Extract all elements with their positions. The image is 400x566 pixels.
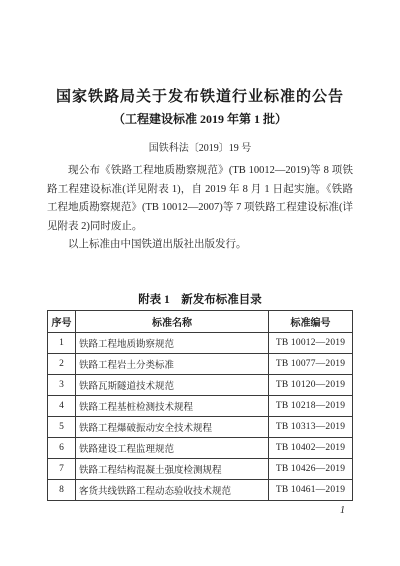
table-row: 1铁路工程地质勘察规范TB 10012—2019 (48, 333, 353, 354)
standards-table: 序号标准名称标准编号 1铁路工程地质勘察规范TB 10012—20192铁路工程… (47, 310, 353, 501)
row-index-cell: 6 (48, 438, 76, 459)
row-index-cell: 7 (48, 459, 76, 480)
standard-name-cell: 铁路工程基桩检测技术规程 (76, 396, 269, 417)
page-title: 国家铁路局关于发布铁道行业标准的公告 (0, 85, 400, 106)
table-header-row: 序号标准名称标准编号 (48, 311, 353, 333)
table-row: 7铁路工程结构混凝土强度检测规程TB 10426—2019 (48, 459, 353, 480)
table-row: 3铁路瓦斯隧道技术规范TB 10120—2019 (48, 375, 353, 396)
row-index-cell: 8 (48, 480, 76, 501)
table-row: 2铁路工程岩土分类标准TB 10077—2019 (48, 354, 353, 375)
standard-code-cell: TB 10313—2019 (269, 417, 353, 438)
standard-code-cell: TB 10077—2019 (269, 354, 353, 375)
table-row: 4铁路工程基桩检测技术规程TB 10218—2019 (48, 396, 353, 417)
standard-name-cell: 铁路瓦斯隧道技术规范 (76, 375, 269, 396)
body-paragraph-1: 现公布《铁路工程地质勘察规范》(TB 10012—2019)等 8 项铁路工程建… (47, 162, 353, 236)
table-row: 5铁路工程爆破振动安全技术规程TB 10313—2019 (48, 417, 353, 438)
body-text-block: 现公布《铁路工程地质勘察规范》(TB 10012—2019)等 8 项铁路工程建… (47, 162, 353, 255)
table-header-cell: 序号 (48, 311, 76, 333)
standard-name-cell: 铁路工程爆破振动安全技术规程 (76, 417, 269, 438)
table-header-cell: 标准名称 (76, 311, 269, 333)
standard-name-cell: 铁路建设工程监理规范 (76, 438, 269, 459)
standard-code-cell: TB 10402—2019 (269, 438, 353, 459)
row-index-cell: 4 (48, 396, 76, 417)
body-paragraph-2: 以上标准由中国铁道出版社出版发行。 (47, 236, 353, 255)
table-caption: 附表 1 新发布标准目录 (0, 291, 400, 307)
row-index-cell: 3 (48, 375, 76, 396)
standard-name-cell: 铁路工程地质勘察规范 (76, 333, 269, 354)
standard-code-cell: TB 10218—2019 (269, 396, 353, 417)
standard-code-cell: TB 10426—2019 (269, 459, 353, 480)
table-row: 8客货共线铁路工程动态验收技术规范TB 10461—2019 (48, 480, 353, 501)
page-subtitle: （工程建设标准 2019 年第 1 批） (0, 110, 400, 127)
standard-code-cell: TB 10120—2019 (269, 375, 353, 396)
row-index-cell: 5 (48, 417, 76, 438)
standard-code-cell: TB 10461—2019 (269, 480, 353, 501)
standard-code-cell: TB 10012—2019 (269, 333, 353, 354)
table-row: 6铁路建设工程监理规范TB 10402—2019 (48, 438, 353, 459)
standard-name-cell: 铁路工程岩土分类标准 (76, 354, 269, 375)
row-index-cell: 1 (48, 333, 76, 354)
row-index-cell: 2 (48, 354, 76, 375)
document-number: 国铁科法〔2019〕19 号 (0, 139, 400, 154)
standard-name-cell: 铁路工程结构混凝土强度检测规程 (76, 459, 269, 480)
page-number: 1 (340, 505, 345, 516)
table-header-cell: 标准编号 (269, 311, 353, 333)
document-page: 国家铁路局关于发布铁道行业标准的公告 （工程建设标准 2019 年第 1 批） … (0, 0, 400, 566)
standard-name-cell: 客货共线铁路工程动态验收技术规范 (76, 480, 269, 501)
